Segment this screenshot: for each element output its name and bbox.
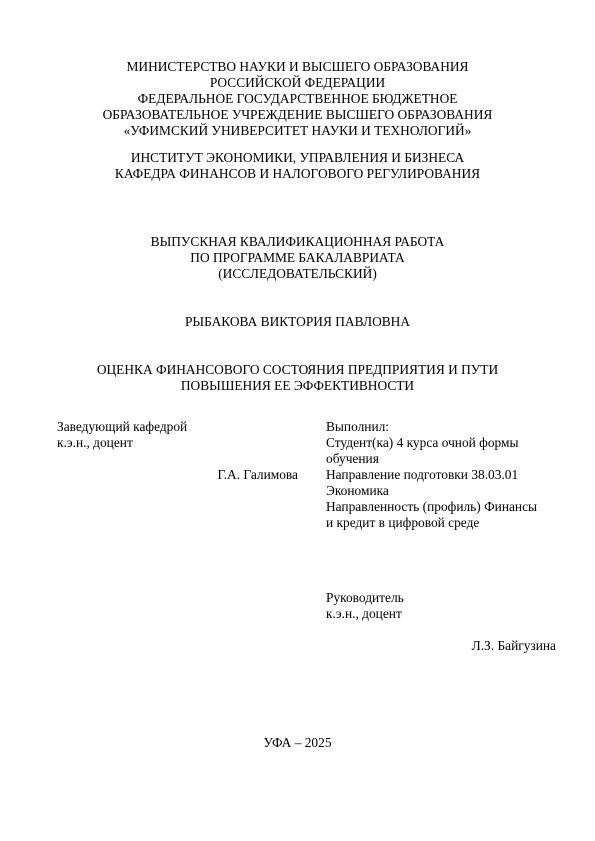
- performer-line: и кредит в цифровой среде: [326, 515, 566, 531]
- work-type: ВЫПУСКНАЯ КВАЛИФИКАЦИОННАЯ РАБОТА ПО ПРО…: [0, 234, 595, 282]
- ministry-line: РОССИЙСКОЙ ФЕДЕРАЦИИ: [0, 75, 595, 91]
- head-name: Г.А. Галимова: [57, 467, 312, 483]
- supervisor-degree: к.э.н., доцент: [326, 606, 556, 622]
- head-of-department-block: Заведующий кафедрой к.э.н., доцент Г.А. …: [57, 419, 312, 483]
- author-name: РЫБАКОВА ВИКТОРИЯ ПАВЛОВНА: [0, 314, 595, 330]
- thesis-title-line: ОЦЕНКА ФИНАНСОВОГО СОСТОЯНИЯ ПРЕДПРИЯТИЯ…: [0, 362, 595, 378]
- work-type-line: ВЫПУСКНАЯ КВАЛИФИКАЦИОННАЯ РАБОТА: [0, 234, 595, 250]
- supervisor-role: Руководитель: [326, 590, 556, 606]
- ministry-line: ФЕДЕРАЛЬНОЕ ГОСУДАРСТВЕННОЕ БЮДЖЕТНОЕ: [0, 91, 595, 107]
- performer-line: обучения: [326, 451, 566, 467]
- ministry-line: МИНИСТЕРСТВО НАУКИ И ВЫСШЕГО ОБРАЗОВАНИЯ: [0, 59, 595, 75]
- performer-line: Студент(ка) 4 курса очной формы: [326, 435, 566, 451]
- ministry-line: ОБРАЗОВАТЕЛЬНОЕ УЧРЕЖДЕНИЕ ВЫСШЕГО ОБРАЗ…: [0, 107, 595, 123]
- performer-line: Направленность (профиль) Финансы: [326, 499, 566, 515]
- performer-line: Экономика: [326, 483, 566, 499]
- supervisor-name: Л.З. Байгузина: [326, 638, 556, 654]
- work-type-line: (ИССЛЕДОВАТЕЛЬСКИЙ): [0, 266, 595, 282]
- ministry-line: «УФИМСКИЙ УНИВЕРСИТЕТ НАУКИ И ТЕХНОЛОГИЙ…: [0, 123, 595, 139]
- performer-block: Выполнил: Студент(ка) 4 курса очной форм…: [326, 419, 566, 531]
- supervisor-block: Руководитель к.э.н., доцент Л.З. Байгузи…: [326, 590, 556, 654]
- institute-block: ИНСТИТУТ ЭКОНОМИКИ, УПРАВЛЕНИЯ И БИЗНЕСА…: [0, 150, 595, 182]
- head-role: Заведующий кафедрой: [57, 419, 312, 435]
- head-degree: к.э.н., доцент: [57, 435, 312, 451]
- city-year: УФА – 2025: [0, 735, 595, 751]
- thesis-title: ОЦЕНКА ФИНАНСОВОГО СОСТОЯНИЯ ПРЕДПРИЯТИЯ…: [0, 362, 595, 394]
- institute-name: ИНСТИТУТ ЭКОНОМИКИ, УПРАВЛЕНИЯ И БИЗНЕСА: [0, 150, 595, 166]
- performer-line: Выполнил:: [326, 419, 566, 435]
- thesis-title-line: ПОВЫШЕНИЯ ЕЕ ЭФФЕКТИВНОСТИ: [0, 378, 595, 394]
- work-type-line: ПО ПРОГРАММЕ БАКАЛАВРИАТА: [0, 250, 595, 266]
- performer-line: Направление подготовки 38.03.01: [326, 467, 566, 483]
- ministry-header: МИНИСТЕРСТВО НАУКИ И ВЫСШЕГО ОБРАЗОВАНИЯ…: [0, 59, 595, 139]
- department-name: КАФЕДРА ФИНАНСОВ И НАЛОГОВОГО РЕГУЛИРОВА…: [0, 166, 595, 182]
